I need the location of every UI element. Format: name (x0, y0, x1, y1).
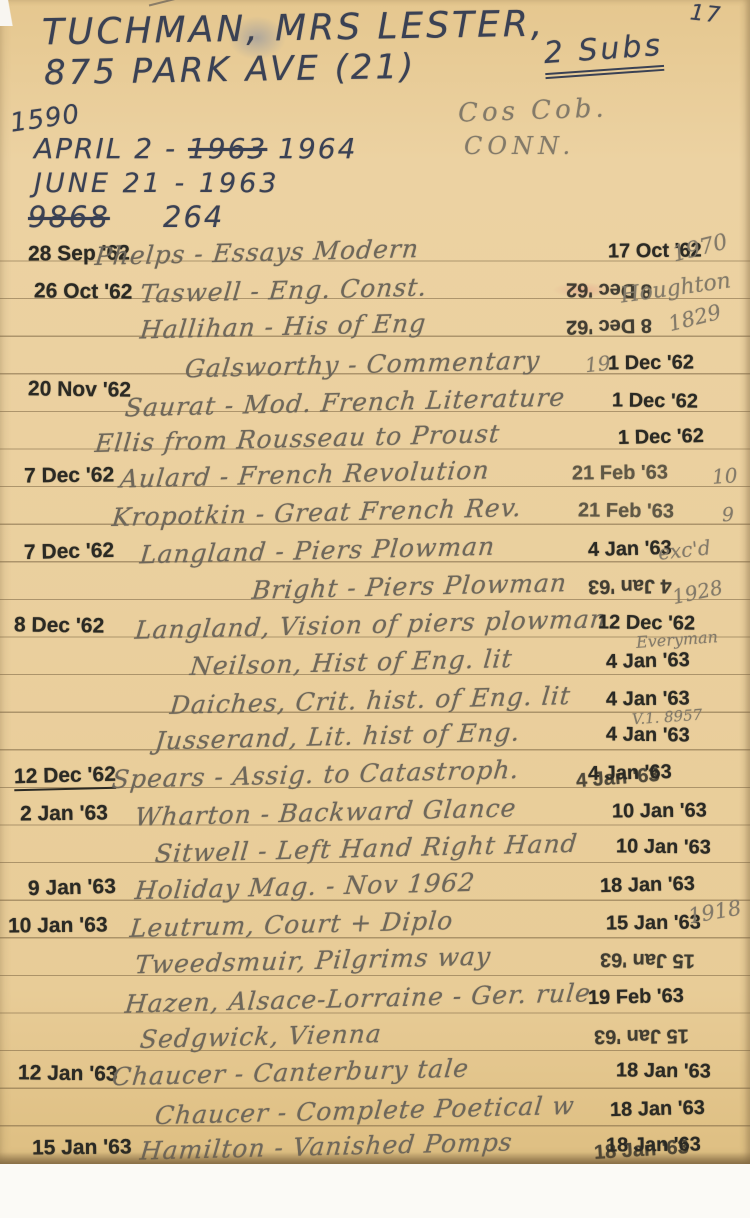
entry-row: Neilson, Hist of Eng. lit4 Jan '63 (0, 648, 750, 686)
date-returned-stamp: 1 Dec '62 (612, 389, 698, 413)
book-title: Leutrum, Court + Diplo (129, 906, 455, 943)
date-lent-stamp: 12 Jan '63 (18, 1061, 118, 1086)
entry-row: 12 Jan '63Chaucer - Canterbury tale18 Ja… (0, 1058, 750, 1096)
entry-row: Hallihan - His of Eng8 Dec '621829 (0, 312, 750, 350)
date-returned-stamp: 10 Jan '63 (612, 800, 707, 824)
entry-row: Sedgwick, Vienna15 Jan '63 (0, 1022, 750, 1060)
entry-row: Ellis from Rousseau to Proust1 Dec '62 (0, 424, 750, 462)
book-title: Holiday Mag. - Nov 1962 (134, 868, 477, 905)
pencil-note: exc'd (657, 535, 712, 564)
membership-line-1: APRIL 2 - 1963 1964 (34, 132, 357, 165)
entry-row: 28 Sep '62Phelps - Essays Modern17 Oct '… (0, 238, 750, 276)
book-title: Hallihan - His of Eng (139, 308, 428, 344)
patron-name: TUCHMAN, MRS LESTER, (42, 4, 546, 54)
book-title: Bright - Piers Plowman (251, 568, 569, 605)
entry-row: 20 Nov '62Saurat - Mod. French Literatur… (0, 388, 750, 426)
entry-row: Hazen, Alsace-Lorraine - Ger. rule19 Feb… (0, 984, 750, 1022)
entry-row: Chaucer - Complete Poetical w18 Jan '63 (0, 1096, 750, 1134)
membership-line-3: 9868 264 (28, 200, 224, 234)
date-returned-stamp: 18 Jan '63 (616, 1059, 711, 1083)
date-returned-stamp: 15 Jan '63 (600, 947, 695, 971)
date-lent-stamp: 20 Nov '62 (28, 377, 131, 402)
pencil-note: 10 (711, 463, 738, 489)
date-returned-stamp: 19 Feb '63 (588, 985, 684, 1010)
date-lent-stamp: 12 Dec '62 (14, 763, 117, 791)
date-lent-stamp: 2 Jan '63 (20, 802, 108, 827)
book-title: Daiches, Crit. hist. of Eng. lit (169, 681, 573, 720)
book-title: Jusserand, Lit. hist of Eng. (154, 717, 522, 755)
date-returned-stamp: 8 Dec '62 (566, 313, 652, 338)
book-title: Ellis from Rousseau to Proust (94, 419, 502, 458)
subs-note: 2 Subs (543, 28, 665, 79)
entry-row: 9 Jan '63Holiday Mag. - Nov 196218 Jan '… (0, 872, 750, 910)
date-returned-stamp: 18 Jan '63 (600, 873, 695, 898)
book-title: Chaucer - Complete Poetical w (154, 1091, 576, 1130)
pencil-note: 19 (584, 351, 612, 378)
entry-row: 10 Jan '63Leutrum, Court + Diplo15 Jan '… (0, 910, 750, 948)
book-title: Spears - Assig. to Catastroph. (111, 755, 521, 794)
entry-row: Jusserand, Lit. hist of Eng.4 Jan '63V.1… (0, 722, 750, 760)
book-title: Taswell - Eng. Const. (139, 272, 429, 308)
page-number: 17 (689, 0, 723, 28)
pencil-note: 9 (721, 504, 735, 527)
book-title: Neilson, Hist of Eng. lit (189, 644, 514, 681)
book-title: Chaucer - Canterbury tale (111, 1054, 471, 1092)
book-title: Galsworthy - Commentary (184, 346, 542, 384)
entry-row: Tweedsmuir, Pilgrims way15 Jan '63 (0, 946, 750, 984)
date-lent-stamp: 8 Dec '62 (14, 613, 105, 638)
date-returned-stamp: 4 Jan '63 (606, 649, 690, 674)
book-title: Wharton - Backward Glance (134, 793, 518, 831)
entry-row: Kropotkin - Great French Rev.21 Feb '639 (0, 498, 750, 536)
date-lent-stamp: 7 Dec '62 (24, 539, 115, 565)
date-returned-stamp: 1 Dec '62 (618, 425, 704, 450)
date-lent-stamp: 9 Jan '63 (28, 875, 116, 901)
entry-row: 8 Dec '62Langland, Vision of piers plowm… (0, 610, 750, 648)
date-lent-stamp: 10 Jan '63 (8, 913, 108, 938)
library-card-scan: TUCHMAN, MRS LESTER, 17 2 Subs 875 PARK … (0, 0, 750, 1218)
entry-row: 12 Dec '62Spears - Assig. to Catastroph.… (0, 760, 750, 798)
date-returned-stamp: 4 Jan '63 (575, 764, 660, 793)
date-lent-stamp: 7 Dec '62 (24, 464, 114, 489)
membership-line1-after: 1964 (278, 132, 357, 165)
scanner-background (0, 1164, 750, 1218)
date-returned-stamp: 10 Jan '63 (616, 835, 711, 859)
date-returned-stamp: 4 Jan '63 (588, 574, 672, 598)
book-title: Sitwell - Left Hand Right Hand (154, 829, 580, 868)
date-returned-stamp: 21 Feb '63 (578, 499, 674, 523)
card-bottom-edge (0, 1152, 750, 1164)
date-returned-stamp: 15 Jan '63 (606, 912, 701, 936)
date-returned-stamp: 18 Jan '63 (610, 1097, 705, 1122)
book-title: Kropotkin - Great French Rev. (111, 493, 524, 532)
membership-line-2: JUNE 21 - 1963 (34, 168, 280, 199)
new-card-number: 264 (163, 200, 224, 234)
entry-row: 26 Oct '62Taswell - Eng. Const.8 Dec '62… (0, 276, 750, 314)
date-returned-stamp: 21 Feb '63 (572, 461, 668, 485)
book-title: Hazen, Alsace-Lorraine - Ger. rule (124, 978, 593, 1018)
pencil-note: V.1. 8957 (631, 706, 702, 729)
entry-row: Bright - Piers Plowman4 Jan '631928 (0, 572, 750, 610)
date-returned-stamp: 1 Dec '62 (608, 352, 694, 376)
patron-address: 875 PARK AVE (21) (44, 47, 417, 93)
old-card-number: 9868 (28, 200, 110, 234)
date-returned-stamp: 15 Jan '63 (594, 1024, 689, 1048)
book-title: Phelps - Essays Modern (94, 234, 421, 271)
book-title: Saurat - Mod. French Literature (124, 383, 567, 423)
entry-row: Sitwell - Left Hand Right Hand10 Jan '63 (0, 834, 750, 872)
town-pencil-line1: Cos Cob. (458, 93, 609, 128)
book-title: Aulard - French Revolution (119, 455, 491, 493)
book-title: Langland, Vision of piers plowman (134, 604, 609, 645)
entry-row: 7 Dec '62Aulard - French Revolution21 Fe… (0, 460, 750, 498)
membership-line1-before: APRIL 2 - (34, 132, 177, 165)
entry-row: 7 Dec '62Langland - Piers Plowman4 Jan '… (0, 536, 750, 574)
book-title: Sedgwick, Vienna (139, 1019, 384, 1054)
date-lent-stamp: 26 Oct '62 (34, 279, 133, 304)
town-pencil-line2: CONN. (464, 132, 575, 160)
book-title: Tweedsmuir, Pilgrims way (134, 942, 493, 980)
membership-line1-struck: 1963 (188, 132, 267, 165)
entry-row: 2 Jan '63Wharton - Backward Glance10 Jan… (0, 798, 750, 836)
pencil-note: 1928 (670, 575, 725, 609)
book-title: Langland - Piers Plowman (139, 532, 497, 570)
